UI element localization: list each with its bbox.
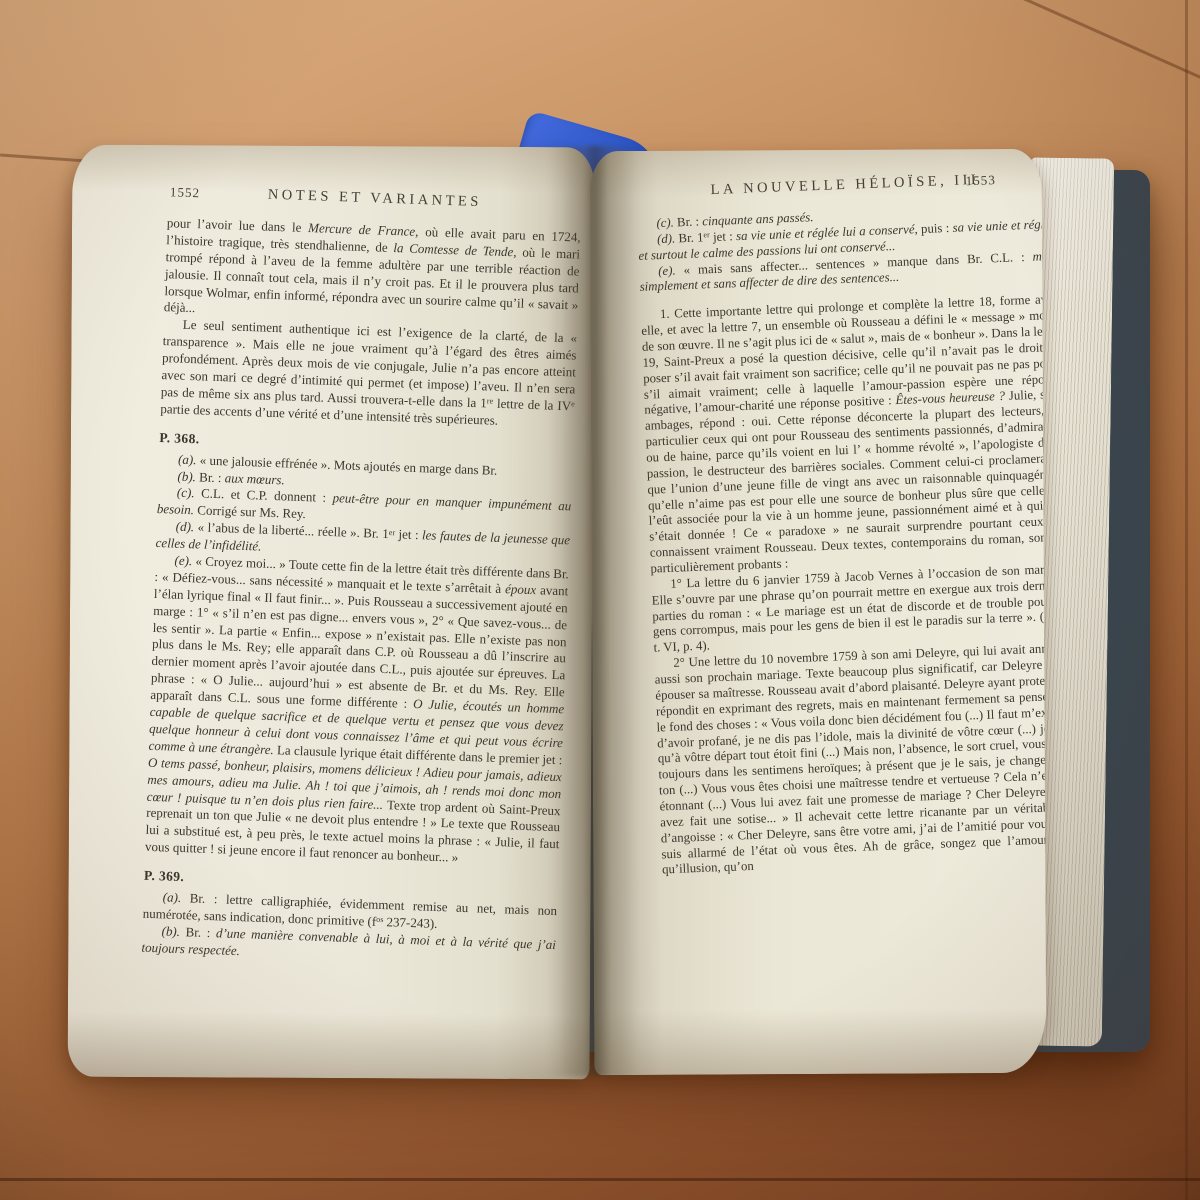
text-block: 1° La lettre du 6 janvier 1759 à Jacob V… xyxy=(651,562,1047,657)
right-running-head: LA NOUVELLE HÉLOÏSE, III 1553 xyxy=(636,169,1047,202)
text-block: Le seul sentiment authentique ici est l’… xyxy=(160,316,577,432)
right-running-head-title: LA NOUVELLE HÉLOÏSE, III xyxy=(710,172,979,199)
left-running-head: 1552 NOTES ET VARIANTES xyxy=(168,183,582,214)
text-block: 1. Cette importante lettre qui prolonge … xyxy=(640,292,1046,577)
left-running-head-title: NOTES ET VARIANTES xyxy=(268,187,483,211)
right-page-number: 1553 xyxy=(965,172,996,189)
photo-of-open-book: 1552 NOTES ET VARIANTES pour l’avoir lue… xyxy=(0,0,1200,1200)
wood-plank-seam xyxy=(1185,0,1188,1200)
text-block: 2° Une lettre du 10 novembre 1759 à son … xyxy=(654,641,1047,879)
left-page-number: 1552 xyxy=(170,184,201,201)
wood-plank-seam xyxy=(0,1178,1200,1181)
text-block: (e). « Croyez moi... » Toute cette fin d… xyxy=(145,552,569,870)
right-page-text: LA NOUVELLE HÉLOÏSE, III 1553 (c). Br. :… xyxy=(636,169,1047,879)
wood-plank-seam xyxy=(1019,0,1200,88)
right-page: LA NOUVELLE HÉLOÏSE, III 1553 (c). Br. :… xyxy=(590,149,1047,1075)
left-page-body: pour l’avoir lue dans le Mercure de Fran… xyxy=(141,215,581,971)
left-page: 1552 NOTES ET VARIANTES pour l’avoir lue… xyxy=(68,145,595,1080)
left-page-text: 1552 NOTES ET VARIANTES pour l’avoir lue… xyxy=(141,183,582,971)
right-page-body: (c). Br. : cinquante ans passés.(d). Br.… xyxy=(637,201,1046,879)
text-block: pour l’avoir lue dans le Mercure de Fran… xyxy=(164,215,581,331)
